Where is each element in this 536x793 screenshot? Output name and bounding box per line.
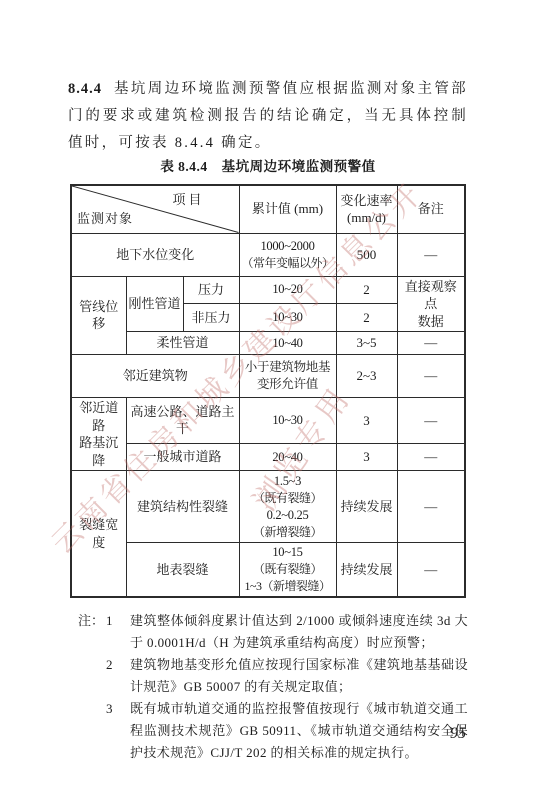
row-building: 邻近建筑物 小于建筑物地基变形允许值 2~3 —: [71, 355, 465, 398]
cell-structural-label: 建筑结构性裂缝: [126, 471, 239, 543]
section-text: 基坑周边环境监测预警值应根据监测对象主管部门的要求或建筑检测报告的结论确定，当无…: [68, 81, 468, 151]
table-header-row: 项目 监测对象 累计值 (mm) 变化速率(mm/d) 备注: [71, 185, 465, 233]
cell-highway-cumulative: 10~30: [239, 398, 336, 444]
row-pipeline-pressure: 管线位移 刚性管道 压力 10~20 2 直接观察点数据: [71, 276, 465, 304]
row-pipeline-flexible: 柔性管道 10~40 3~5 —: [71, 332, 465, 355]
cell-flexible-remark: —: [397, 332, 465, 355]
note-item-3: 3 既有城市轨道交通的监控报警值按现行《城市轨道交通工程监测技术规范》GB 50…: [78, 698, 468, 764]
section-number: 8.4.4: [68, 81, 102, 97]
note-item-1: 注： 1 建筑整体倾斜度累计值达到 2/1000 或倾斜速度连续 3d 大于 0…: [78, 610, 468, 654]
row-crack-structural: 裂缝宽度 建筑结构性裂缝 1.5~3 （既有裂缝） 0.2~0.25 （新增裂缝…: [71, 471, 465, 543]
note-1-number: 1: [106, 610, 130, 632]
note-2-number: 2: [106, 654, 130, 676]
header-target: 监测对象: [77, 210, 133, 228]
cell-surface-cumulative: 10~15 （既有裂缝） 1~3（新增裂缝）: [239, 543, 336, 597]
cell-urban-rate: 3: [336, 443, 397, 471]
row-road-highway: 邻近道路路基沉降 高速公路、道路主干 10~30 3 —: [71, 398, 465, 444]
cell-building-label: 邻近建筑物: [71, 355, 239, 398]
cell-nonpressure-cumulative: 10~30: [239, 304, 336, 332]
cell-pressure-rate: 2: [336, 276, 397, 304]
cell-urban-cumulative: 20~40: [239, 443, 336, 471]
cell-nonpressure-label: 非压力: [183, 304, 239, 332]
cell-flexible-cumulative: 10~40: [239, 332, 336, 355]
document-page: 云南省住房和城乡建设厅信息公开 浏览专用 8.4.4基坑周边环境监测预警值应根据…: [0, 0, 536, 793]
note-1-text: 建筑整体倾斜度累计值达到 2/1000 或倾斜速度连续 3d 大于 0.0001…: [130, 610, 468, 654]
cell-highway-remark: —: [397, 398, 465, 444]
page-content: 8.4.4基坑周边环境监测预警值应根据监测对象主管部门的要求或建筑检测报告的结论…: [0, 0, 536, 793]
row-crack-surface: 地表裂缝 10~15 （既有裂缝） 1~3（新增裂缝） 持续发展 —: [71, 543, 465, 597]
cell-surface-label: 地表裂缝: [126, 543, 239, 597]
cell-groundwater-remark: —: [397, 233, 465, 276]
cell-highway-rate: 3: [336, 398, 397, 444]
page-number: 95: [450, 725, 466, 743]
cell-highway-label: 高速公路、道路主干: [126, 398, 239, 444]
cell-pressure-cumulative: 10~20: [239, 276, 336, 304]
cell-flexible-label: 柔性管道: [126, 332, 239, 355]
monitoring-warning-table: 项目 监测对象 累计值 (mm) 变化速率(mm/d) 备注 地下水位变化 10…: [70, 184, 466, 598]
cell-rigid-pipe: 刚性管道: [126, 276, 183, 332]
cell-crack-group: 裂缝宽度: [71, 471, 126, 597]
cell-road-group: 邻近道路路基沉降: [71, 398, 126, 471]
diagonal-header-cell: 项目 监测对象: [71, 185, 239, 233]
row-road-urban: 一般城市道路 20~40 3 —: [71, 443, 465, 471]
notes-label: 注：: [78, 610, 106, 632]
cell-structural-cumulative: 1.5~3 （既有裂缝） 0.2~0.25 （新增裂缝）: [239, 471, 336, 543]
cell-groundwater-rate: 500: [336, 233, 397, 276]
cell-urban-remark: —: [397, 443, 465, 471]
cell-groundwater-label: 地下水位变化: [71, 233, 239, 276]
cell-building-rate: 2~3: [336, 355, 397, 398]
cell-urban-label: 一般城市道路: [126, 443, 239, 471]
cell-rigid-remark: 直接观察点数据: [397, 276, 465, 332]
note-2-text: 建筑物地基变形允值应按现行国家标准《建筑地基基础设计规范》GB 50007 的有…: [130, 654, 468, 698]
cell-groundwater-cumulative: 1000~2000（常年变幅以外）: [239, 233, 336, 276]
note-3-text: 既有城市轨道交通的监控报警值按现行《城市轨道交通工程监测技术规范》GB 5091…: [130, 698, 468, 764]
section-paragraph: 8.4.4基坑周边环境监测预警值应根据监测对象主管部门的要求或建筑检测报告的结论…: [68, 76, 468, 157]
note-3-number: 3: [106, 698, 130, 720]
row-groundwater: 地下水位变化 1000~2000（常年变幅以外） 500 —: [71, 233, 465, 276]
cell-building-remark: —: [397, 355, 465, 398]
note-item-2: 2 建筑物地基变形允值应按现行国家标准《建筑地基基础设计规范》GB 50007 …: [78, 654, 468, 698]
cell-structural-rate: 持续发展: [336, 471, 397, 543]
header-project: 项目: [172, 191, 204, 209]
cell-surface-remark: —: [397, 543, 465, 597]
cell-flexible-rate: 3~5: [336, 332, 397, 355]
cell-surface-rate: 持续发展: [336, 543, 397, 597]
cell-nonpressure-rate: 2: [336, 304, 397, 332]
header-cumulative: 累计值 (mm): [239, 185, 336, 233]
cell-pressure-label: 压力: [183, 276, 239, 304]
cell-structural-remark: —: [397, 471, 465, 543]
table-notes: 注： 1 建筑整体倾斜度累计值达到 2/1000 或倾斜速度连续 3d 大于 0…: [78, 610, 468, 764]
header-remark: 备注: [397, 185, 465, 233]
header-rate: 变化速率(mm/d): [336, 185, 397, 233]
table-caption: 表 8.4.4 基坑周边环境监测预警值: [68, 157, 468, 177]
cell-building-cumulative: 小于建筑物地基变形允许值: [239, 355, 336, 398]
cell-pipeline-group: 管线位移: [71, 276, 126, 355]
